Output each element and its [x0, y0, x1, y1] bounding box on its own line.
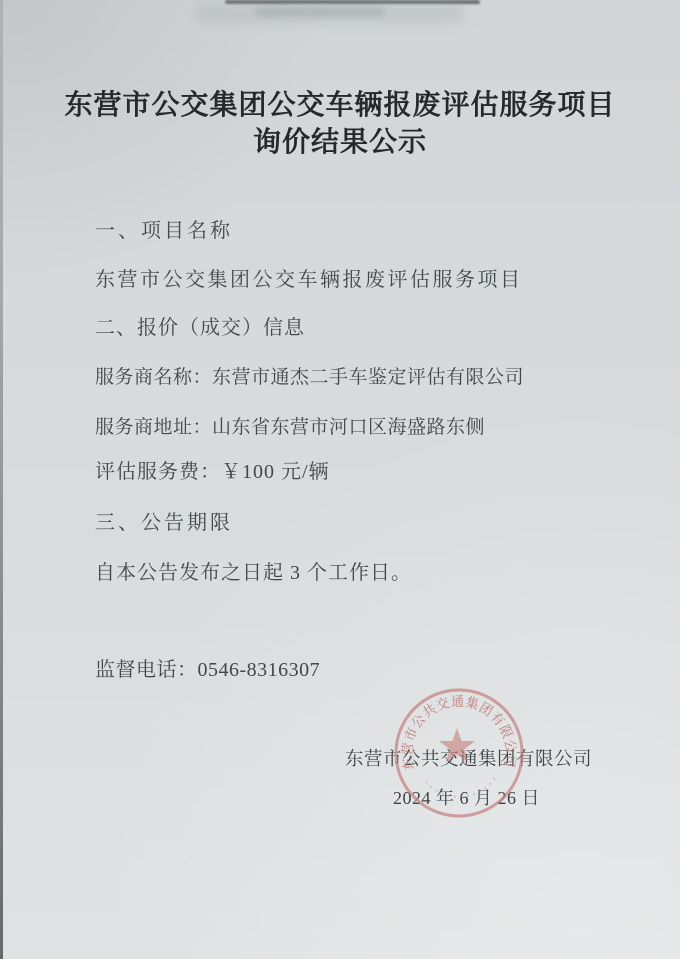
notice-period-line: 自本公告发布之日起 3 个工作日。	[95, 561, 412, 586]
paper-showthrough-smudge	[255, 6, 385, 17]
section-2-heading: 二、报价（成交）信息	[95, 316, 305, 341]
section-1-heading: 一、项目名称	[95, 219, 233, 244]
vendor-name-line: 服务商名称：东营市通杰二手车鉴定评估有限公司	[95, 365, 524, 390]
seal-star-icon	[439, 728, 475, 762]
title-line-2: 询价结果公示	[0, 123, 680, 160]
supervision-phone-line: 监督电话：0546-8316307	[95, 658, 320, 683]
document-title: 东营市公交集团公交车辆报废评估服务项目 询价结果公示	[0, 86, 680, 160]
vendor-address-line: 服务商地址：山东省东营市河口区海盛路东侧	[95, 415, 485, 440]
seal-code-marks	[423, 778, 495, 797]
service-fee-line: 评估服务费：￥100 元/辆	[95, 460, 330, 485]
title-line-1: 东营市公交集团公交车辆报废评估服务项目	[0, 86, 680, 123]
company-seal: 东营市公共交通集团有限公司	[389, 683, 529, 823]
project-name-line: 东营市公交集团公交车辆报废评估服务项目	[95, 268, 523, 293]
section-3-heading: 三、公告期限	[95, 511, 233, 536]
document-photo: 东营市公交集团公交车辆报废评估服务项目 询价结果公示 一、项目名称 东营市公交集…	[0, 0, 680, 959]
